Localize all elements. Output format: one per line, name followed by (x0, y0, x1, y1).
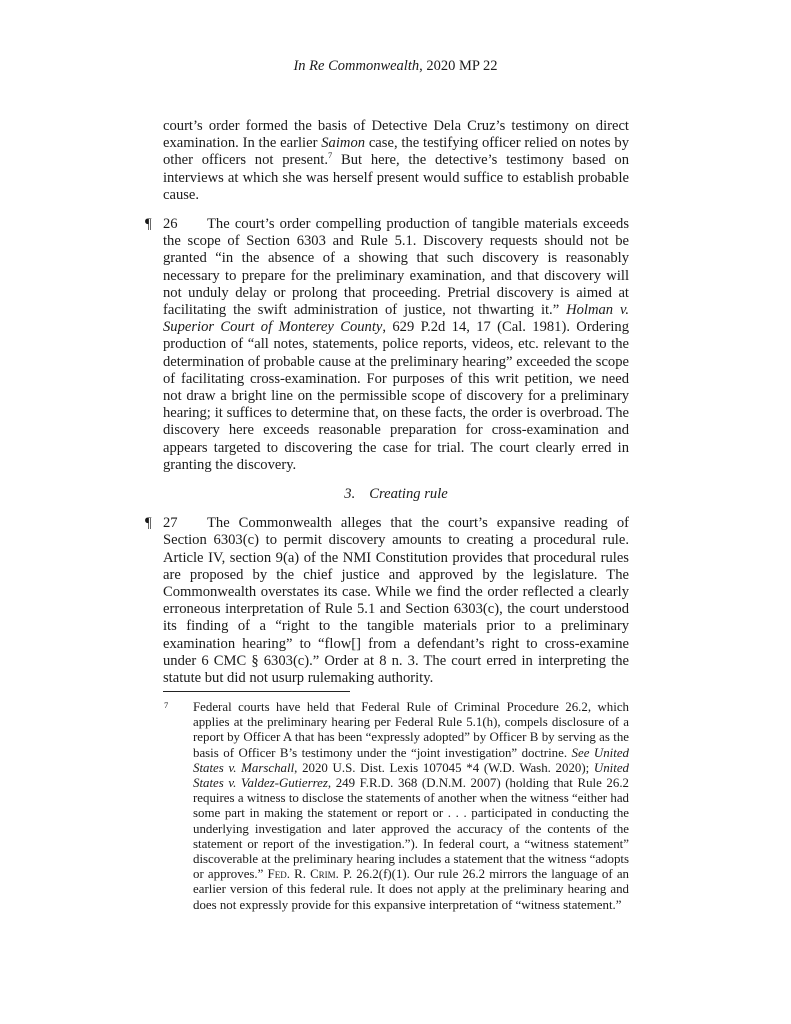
footnote-number: 7 (164, 698, 168, 713)
paragraph-27: ¶27The Commonwealth alleges that the cou… (163, 515, 629, 687)
pilcrow-icon: ¶ (145, 216, 152, 233)
case-citation-italic: Saimon (321, 135, 365, 151)
footnote-text: , 249 F.R.D. 368 (D.N.M. 2007) (holding … (193, 776, 629, 881)
paragraph-text: The court’s order compelling production … (163, 216, 629, 318)
paragraph-text: , 629 P.2d 14, 17 (Cal. 1981). Ordering … (163, 319, 629, 473)
section-number: 3. (344, 486, 355, 502)
footnote-text: Federal courts have held that Federal Ru… (193, 700, 629, 760)
opinion-body: court’s order formed the basis of Detect… (163, 118, 629, 699)
footnote-separator (163, 691, 350, 692)
section-title: Creating rule (369, 486, 448, 502)
paragraph-text: The Commonwealth alleges that the court’… (163, 515, 629, 686)
footnote-7: 7 Federal courts have held that Federal … (193, 700, 629, 913)
continued-paragraph: court’s order formed the basis of Detect… (163, 118, 629, 204)
paragraph-number: 27 (163, 515, 207, 532)
footnote-text: , 2020 U.S. Dist. Lexis 107045 *4 (W.D. … (294, 761, 594, 775)
paragraph-26: ¶26The court’s order compelling producti… (163, 216, 629, 474)
rule-citation-smallcaps: Fed. R. Crim. P. (268, 867, 353, 881)
paragraph-number: 26 (163, 216, 207, 233)
header-case-name: In Re Commonwealth (293, 58, 419, 74)
section-heading: 3.Creating rule (163, 486, 629, 503)
running-header: In Re Commonwealth, 2020 MP 22 (0, 58, 791, 75)
header-citation: , 2020 MP 22 (419, 58, 497, 74)
pilcrow-icon: ¶ (145, 515, 152, 532)
